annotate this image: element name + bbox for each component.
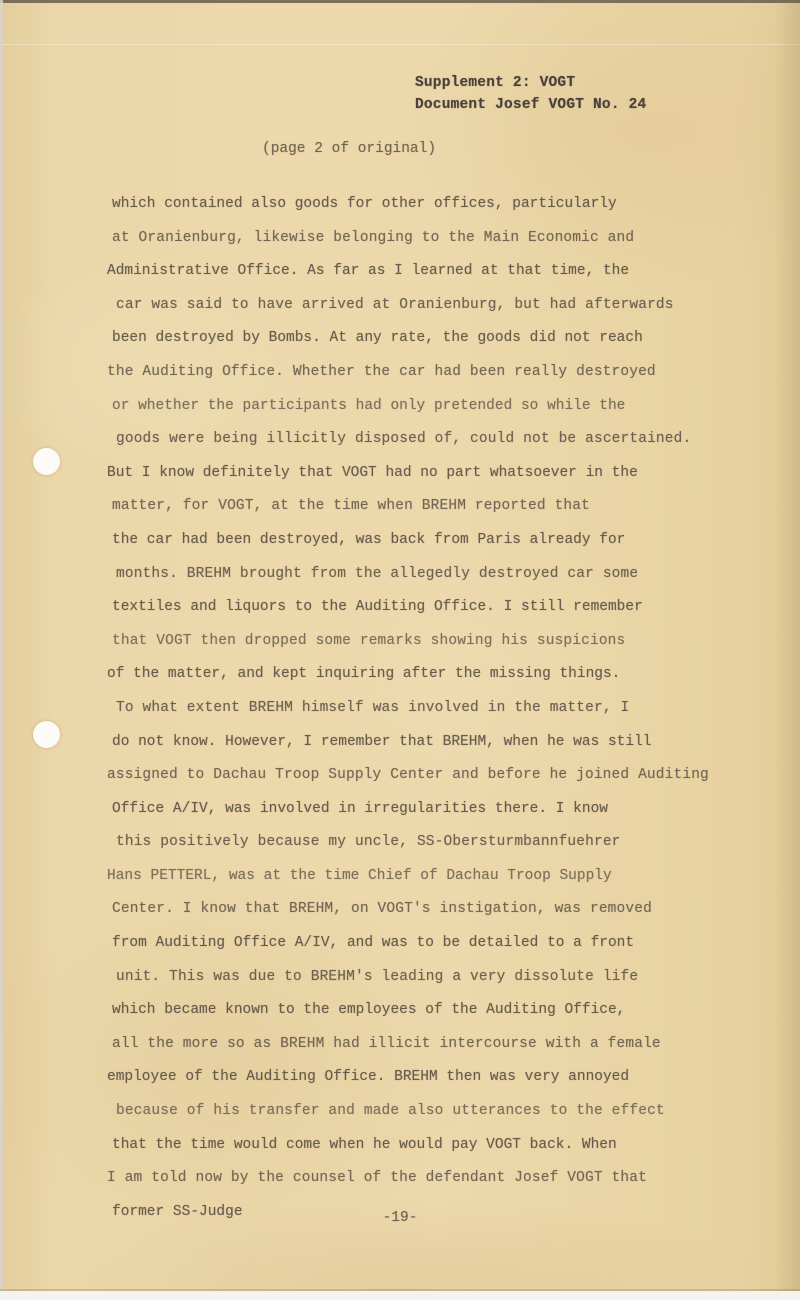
body-line: Hans PETTERL, was at the time Chief of D… bbox=[107, 860, 747, 894]
body-line: employee of the Auditing Office. BREHM t… bbox=[107, 1061, 747, 1095]
scan-edge-left bbox=[0, 0, 3, 1300]
body-line: assigned to Dachau Troop Supply Center a… bbox=[107, 759, 747, 793]
body-line: that the time would come when he would p… bbox=[112, 1129, 752, 1163]
document-header-line1: Supplement 2: VOGT bbox=[415, 72, 646, 94]
hole-punch-bottom bbox=[33, 721, 60, 748]
body-line: all the more so as BREHM had illicit int… bbox=[112, 1028, 752, 1062]
body-line: that VOGT then dropped some remarks show… bbox=[112, 625, 752, 659]
page-note: (page 2 of original) bbox=[262, 141, 436, 157]
body-line: this positively because my uncle, SS-Obe… bbox=[116, 826, 756, 860]
body-line: the Auditing Office. Whether the car had… bbox=[107, 356, 747, 390]
scan-edge-bottom bbox=[0, 1291, 800, 1300]
body-line: been destroyed by Bombs. At any rate, th… bbox=[112, 322, 752, 356]
scanned-document-page: Supplement 2: VOGT Document Josef VOGT N… bbox=[0, 0, 800, 1300]
body-line: matter, for VOGT, at the time when BREHM… bbox=[112, 490, 752, 524]
body-line: textiles and liquors to the Auditing Off… bbox=[112, 591, 752, 625]
hole-punch-top bbox=[33, 448, 60, 475]
body-line: goods were being illicitly disposed of, … bbox=[116, 423, 756, 457]
body-text: which contained also goods for other off… bbox=[112, 188, 752, 1229]
document-header-line2: Document Josef VOGT No. 24 bbox=[415, 94, 646, 116]
body-line: Administrative Office. As far as I learn… bbox=[107, 255, 747, 289]
body-line: To what extent BREHM himself was involve… bbox=[116, 692, 756, 726]
body-line: or whether the participants had only pre… bbox=[112, 390, 752, 424]
body-line: because of his transfer and made also ut… bbox=[116, 1095, 756, 1129]
scan-edge-right-shade bbox=[774, 0, 800, 1300]
body-line: do not know. However, I remember that BR… bbox=[112, 726, 752, 760]
body-line: of the matter, and kept inquiring after … bbox=[107, 658, 747, 692]
body-line: I am told now by the counsel of the defe… bbox=[107, 1162, 747, 1196]
body-line: which contained also goods for other off… bbox=[112, 188, 752, 222]
body-line: Center. I know that BREHM, on VOGT's ins… bbox=[112, 893, 752, 927]
body-line: But I know definitely that VOGT had no p… bbox=[107, 457, 747, 491]
body-line: which became known to the employees of t… bbox=[112, 994, 752, 1028]
body-line: months. BREHM brought from the allegedly… bbox=[116, 558, 756, 592]
body-line: at Oranienburg, likewise belonging to th… bbox=[112, 222, 752, 256]
scan-artifact-line bbox=[0, 44, 800, 45]
body-line: from Auditing Office A/IV, and was to be… bbox=[112, 927, 752, 961]
page-number: -19- bbox=[0, 1210, 800, 1226]
document-header: Supplement 2: VOGT Document Josef VOGT N… bbox=[415, 72, 646, 116]
body-line: car was said to have arrived at Oranienb… bbox=[116, 289, 756, 323]
body-line: Office A/IV, was involved in irregularit… bbox=[112, 793, 752, 827]
body-line: unit. This was due to BREHM's leading a … bbox=[116, 961, 756, 995]
scan-edge-top bbox=[0, 0, 800, 3]
body-line: the car had been destroyed, was back fro… bbox=[112, 524, 752, 558]
